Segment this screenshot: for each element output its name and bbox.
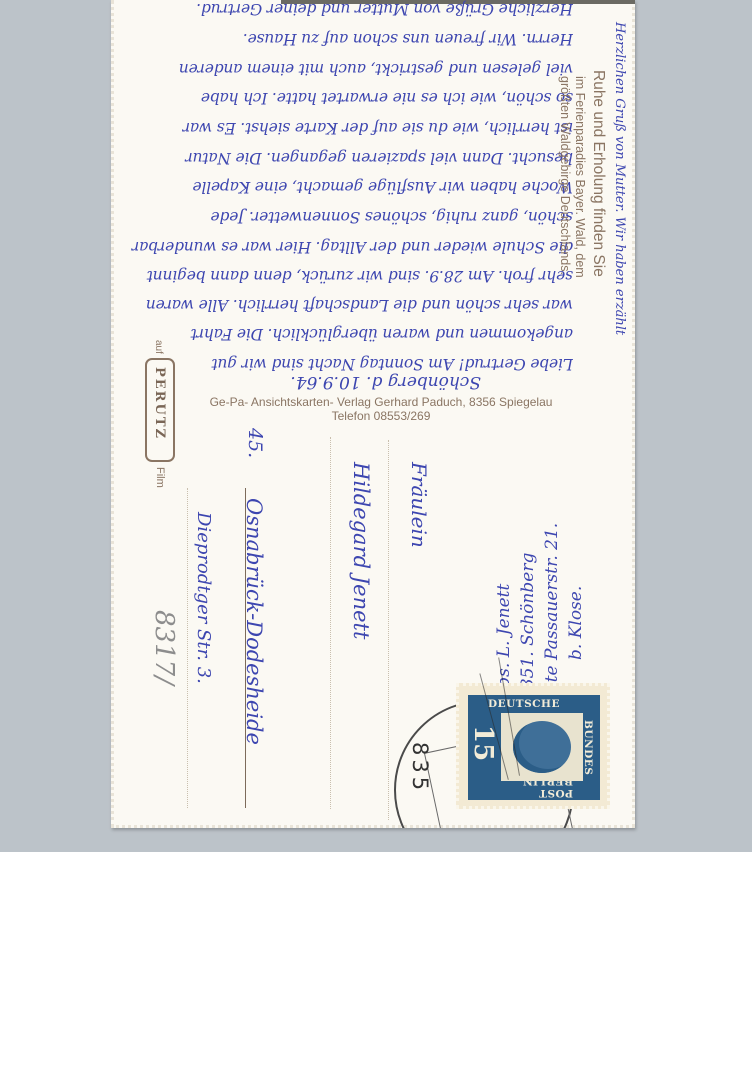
publisher-line-2: Telefon 08553/269 xyxy=(161,409,601,423)
stamp-country-side: BUNDES xyxy=(582,720,594,775)
message-line: die Schule wieder und der Alltag. Hier w… xyxy=(123,238,573,256)
handwritten-message: Herzliche Grüße von Mutter und deiner Ge… xyxy=(123,0,573,395)
caption-title: Ruhe und Erholung finden Sie xyxy=(589,70,607,277)
perutz-logo-text: PERUTZ xyxy=(152,367,167,440)
portrait-icon xyxy=(513,721,571,773)
side-note: Herzlichen Gruß von Mutter. Wir haben er… xyxy=(612,22,627,335)
message-line: ist herrlich, wie du sie auf der Karte s… xyxy=(123,119,573,137)
sender-line-4: b. Klose. xyxy=(565,586,588,660)
message-line: Liebe Gertrud! Am Sonntag Nacht sind wir… xyxy=(123,355,573,373)
address-line xyxy=(388,440,389,820)
postmark-number: 835 xyxy=(408,742,432,794)
message-line: war sehr schön und die Landschaft herrli… xyxy=(123,296,573,314)
message-line: angekommen und waren überglücklich. Die … xyxy=(123,325,573,343)
message-line: besucht. Dann viel spazieren gegangen. D… xyxy=(123,149,573,167)
message-line: so schön, wie ich es nie erwartet hatte.… xyxy=(123,89,573,107)
recipient-postal-prefix: 45. xyxy=(244,428,266,458)
recipient-city: Osnabrück-Dodesheide xyxy=(242,498,266,745)
publisher-line-1: Ge-Pa- Ansichtskarten- Verlag Gerhard Pa… xyxy=(161,395,601,409)
message-line: schön, ganz ruhig, schönes Sonnenwetter.… xyxy=(123,208,573,226)
address-line xyxy=(330,437,331,809)
film-brand-prefix: auf xyxy=(153,340,164,354)
recipient-name: Hildegard Jenett xyxy=(349,462,373,639)
postage-stamp: DEUTSCHE BUNDES POST BERLIN 15 xyxy=(456,683,610,809)
address-line xyxy=(187,488,188,808)
message-line: viel gelesen und gestrickt, auch mit ein… xyxy=(123,60,573,78)
sender-line-2: 8351. Schönberg xyxy=(517,553,540,700)
message-line: sehr froh. Am 28.9. sind wir zurück, den… xyxy=(123,267,573,285)
film-label: Film xyxy=(154,467,166,488)
caption-line-2: im Ferienparadies Bayer. Wald, dem xyxy=(572,76,587,278)
message-line: Herzliche Grüße von Mutter und deiner Ge… xyxy=(123,0,573,18)
recipient-street: Dieprodtger Str. 3. xyxy=(193,512,214,684)
publisher-imprint: Ge-Pa- Ansichtskarten- Verlag Gerhard Pa… xyxy=(161,395,601,423)
caption-line-3: größten Waldgebirge Deutschlands. xyxy=(557,76,572,275)
pencil-note: 8317/ xyxy=(149,610,179,685)
date-line: Schönberg d. 10.9.64. xyxy=(290,372,481,392)
stamp-country-top: DEUTSCHE xyxy=(488,698,560,710)
recipient-salutation: Fräulein xyxy=(407,462,431,548)
sender-line-3: Alte Passauerstr. 21. xyxy=(541,523,564,700)
stamp-frame: DEUTSCHE BUNDES POST BERLIN 15 xyxy=(468,695,600,800)
message-line: Herrn. Wir freuen uns schon auf zu Hause… xyxy=(123,30,573,48)
message-line: Woche haben wir Ausflüge gemacht, eine K… xyxy=(123,178,573,196)
postcard: Herzliche Grüße von Mutter und deiner Ge… xyxy=(111,0,635,828)
